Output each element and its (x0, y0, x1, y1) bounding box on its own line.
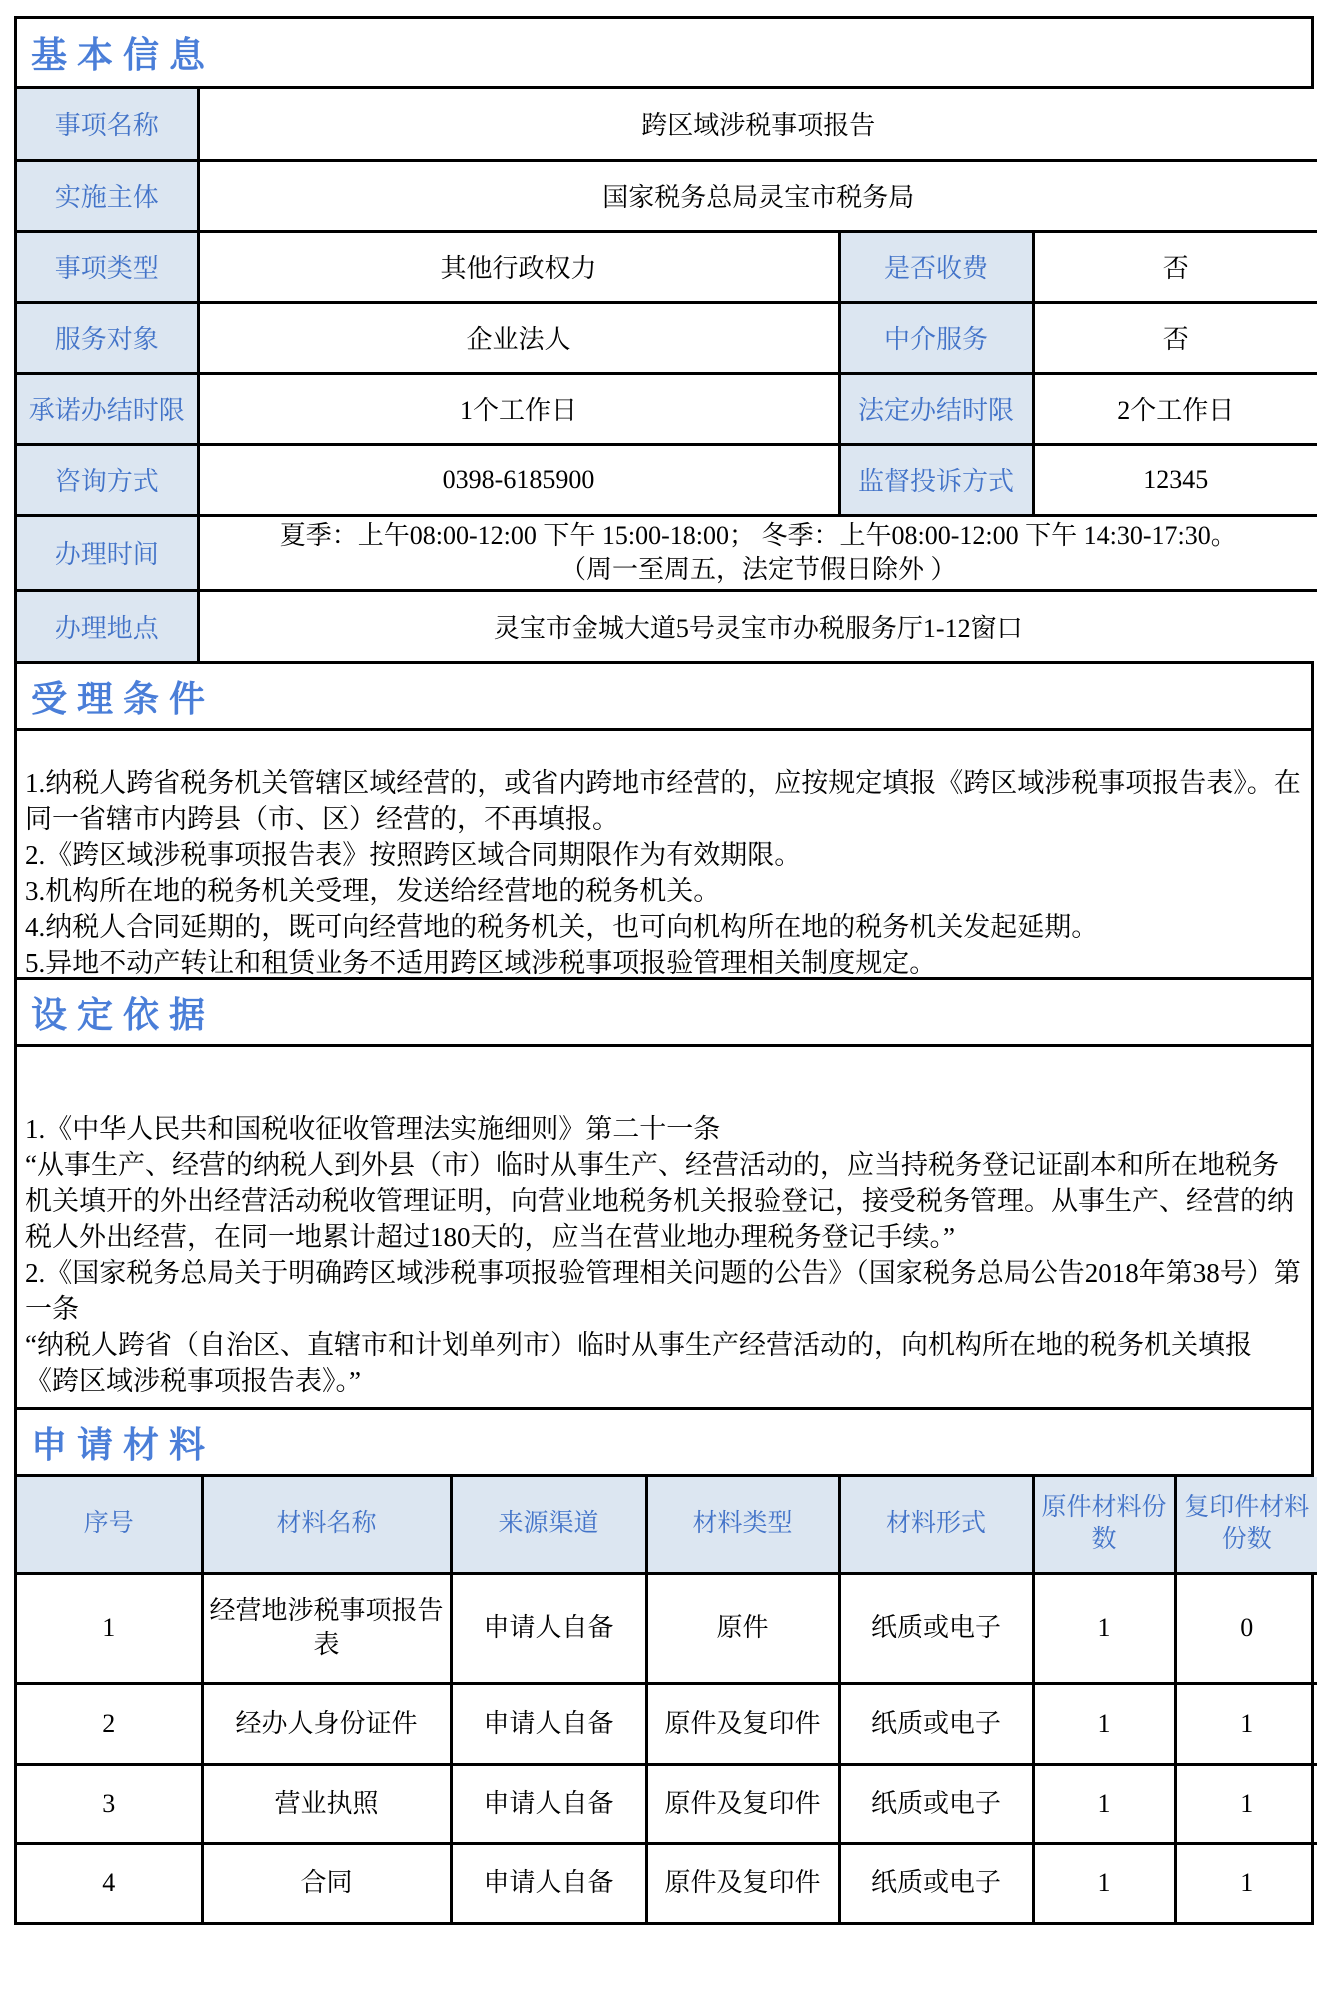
legal-basis-text: 1.《中华人民共和国税收征收管理法实施细则》第二十一条 “从事生产、经营的纳税人… (17, 1047, 1311, 1407)
application-materials-table: 序号 材料名称 来源渠道 材料类型 材料形式 原件材料份数 复印件材料份数 1 … (17, 1477, 1317, 1922)
cell-seq: 4 (17, 1843, 202, 1922)
section-title-legal-basis: 设定依据 (17, 977, 1311, 1047)
cell-type: 原件及复印件 (646, 1764, 839, 1843)
header-seq-no: 序号 (17, 1477, 202, 1573)
section-title-acceptance-conditions: 受理条件 (17, 661, 1311, 731)
fee-label: 是否收费 (839, 231, 1033, 302)
cell-copy-count: 1 (1175, 1683, 1317, 1764)
cell-form: 纸质或电子 (839, 1683, 1033, 1764)
office-hours-label: 办理时间 (17, 515, 198, 590)
legal-basis-line: “纳税人跨省（自治区、直辖市和计划单列市）临时从事生产经营活动的，向机构所在地的… (25, 1327, 1301, 1399)
cell-type: 原件及复印件 (646, 1843, 839, 1922)
material-row-3: 3 营业执照 申请人自备 原件及复印件 纸质或电子 1 1 (17, 1764, 1317, 1843)
header-source-channel: 来源渠道 (451, 1477, 646, 1573)
header-photocopy-copies: 复印件材料份数 (1175, 1477, 1317, 1573)
cell-source: 申请人自备 (451, 1573, 646, 1683)
office-hours-line1: 夏季：上午08:00-12:00 下午 15:00-18:00； 冬季：上午08… (206, 519, 1312, 553)
legal-limit-label: 法定办结时限 (839, 373, 1033, 444)
item-name-value: 跨区域涉税事项报告 (198, 89, 1317, 160)
cell-form: 纸质或电子 (839, 1843, 1033, 1922)
cell-copy-count: 1 (1175, 1843, 1317, 1922)
basic-info-table: 事项名称 跨区域涉税事项报告 实施主体 国家税务总局灵宝市税务局 事项类型 其他… (17, 89, 1317, 661)
complaint-label: 监督投诉方式 (839, 444, 1033, 515)
row-service-target-intermediary: 服务对象 企业法人 中介服务 否 (17, 302, 1317, 373)
promised-limit-value: 1个工作日 (198, 373, 839, 444)
cell-original-count: 1 (1033, 1764, 1175, 1843)
cell-source: 申请人自备 (451, 1843, 646, 1922)
acceptance-conditions-text: 1.纳税人跨省税务机关管辖区域经营的，或省内跨地市经营的，应按规定填报《跨区域涉… (17, 731, 1311, 977)
cell-source: 申请人自备 (451, 1764, 646, 1843)
row-item-name: 事项名称 跨区域涉税事项报告 (17, 89, 1317, 160)
item-type-label: 事项类型 (17, 231, 198, 302)
office-location-label: 办理地点 (17, 590, 198, 661)
cell-copy-count: 1 (1175, 1764, 1317, 1843)
cell-original-count: 1 (1033, 1843, 1175, 1922)
implementer-label: 实施主体 (17, 160, 198, 231)
cell-material-name: 合同 (202, 1843, 451, 1922)
section-title-application-materials: 申请材料 (17, 1407, 1311, 1477)
row-office-hours: 办理时间 夏季：上午08:00-12:00 下午 15:00-18:00； 冬季… (17, 515, 1317, 590)
header-material-form: 材料形式 (839, 1477, 1033, 1573)
material-row-1: 1 经营地涉税事项报告表 申请人自备 原件 纸质或电子 1 0 (17, 1573, 1317, 1683)
cell-source: 申请人自备 (451, 1683, 646, 1764)
office-hours-value: 夏季：上午08:00-12:00 下午 15:00-18:00； 冬季：上午08… (198, 515, 1317, 590)
acceptance-line: 5.异地不动产转让和租赁业务不适用跨区域涉税事项报验管理相关制度规定。 (25, 945, 1301, 977)
row-item-type-fee: 事项类型 其他行政权力 是否收费 否 (17, 231, 1317, 302)
row-contact: 咨询方式 0398-6185900 监督投诉方式 12345 (17, 444, 1317, 515)
material-row-4: 4 合同 申请人自备 原件及复印件 纸质或电子 1 1 (17, 1843, 1317, 1922)
acceptance-line: 3.机构所在地的税务机关受理，发送给经营地的税务机关。 (25, 873, 1301, 909)
cell-material-name: 经办人身份证件 (202, 1683, 451, 1764)
cell-type: 原件 (646, 1573, 839, 1683)
acceptance-line: 2.《跨区域涉税事项报告表》按照跨区域合同期限作为有效期限。 (25, 837, 1301, 873)
section-title-basic-info: 基本信息 (17, 19, 1311, 89)
row-office-location: 办理地点 灵宝市金城大道5号灵宝市办税服务厅1-12窗口 (17, 590, 1317, 661)
legal-basis-line: 2.《国家税务总局关于明确跨区域涉税事项报验管理相关问题的公告》（国家税务总局公… (25, 1255, 1301, 1327)
office-location-value: 灵宝市金城大道5号灵宝市办税服务厅1-12窗口 (198, 590, 1317, 661)
service-target-label: 服务对象 (17, 302, 198, 373)
row-time-limits: 承诺办结时限 1个工作日 法定办结时限 2个工作日 (17, 373, 1317, 444)
fee-value: 否 (1033, 231, 1317, 302)
service-info-document: 基本信息 事项名称 跨区域涉税事项报告 实施主体 国家税务总局灵宝市税务局 事项… (14, 16, 1314, 1925)
header-material-type: 材料类型 (646, 1477, 839, 1573)
legal-limit-value: 2个工作日 (1033, 373, 1317, 444)
cell-original-count: 1 (1033, 1683, 1175, 1764)
cell-seq: 3 (17, 1764, 202, 1843)
material-row-2: 2 经办人身份证件 申请人自备 原件及复印件 纸质或电子 1 1 (17, 1683, 1317, 1764)
consult-label: 咨询方式 (17, 444, 198, 515)
cell-original-count: 1 (1033, 1573, 1175, 1683)
implementer-value: 国家税务总局灵宝市税务局 (198, 160, 1317, 231)
promised-limit-label: 承诺办结时限 (17, 373, 198, 444)
legal-basis-line: “从事生产、经营的纳税人到外县（市）临时从事生产、经营活动的，应当持税务登记证副… (25, 1147, 1301, 1255)
office-hours-line2: （周一至周五，法定节假日除外 ） (206, 553, 1312, 587)
item-name-label: 事项名称 (17, 89, 198, 160)
cell-seq: 2 (17, 1683, 202, 1764)
row-implementer: 实施主体 国家税务总局灵宝市税务局 (17, 160, 1317, 231)
cell-material-name: 经营地涉税事项报告表 (202, 1573, 451, 1683)
item-type-value: 其他行政权力 (198, 231, 839, 302)
cell-material-name: 营业执照 (202, 1764, 451, 1843)
cell-form: 纸质或电子 (839, 1573, 1033, 1683)
materials-header-row: 序号 材料名称 来源渠道 材料类型 材料形式 原件材料份数 复印件材料份数 (17, 1477, 1317, 1573)
cell-type: 原件及复印件 (646, 1683, 839, 1764)
header-material-name: 材料名称 (202, 1477, 451, 1573)
acceptance-line: 1.纳税人跨省税务机关管辖区域经营的，或省内跨地市经营的，应按规定填报《跨区域涉… (25, 765, 1301, 837)
service-target-value: 企业法人 (198, 302, 839, 373)
acceptance-line: 4.纳税人合同延期的，既可向经营地的税务机关，也可向机构所在地的税务机关发起延期… (25, 909, 1301, 945)
consult-value: 0398-6185900 (198, 444, 839, 515)
complaint-value: 12345 (1033, 444, 1317, 515)
intermediary-label: 中介服务 (839, 302, 1033, 373)
intermediary-value: 否 (1033, 302, 1317, 373)
cell-copy-count: 0 (1175, 1573, 1317, 1683)
legal-basis-line: 1.《中华人民共和国税收征收管理法实施细则》第二十一条 (25, 1111, 1301, 1147)
cell-seq: 1 (17, 1573, 202, 1683)
cell-form: 纸质或电子 (839, 1764, 1033, 1843)
header-original-copies: 原件材料份数 (1033, 1477, 1175, 1573)
